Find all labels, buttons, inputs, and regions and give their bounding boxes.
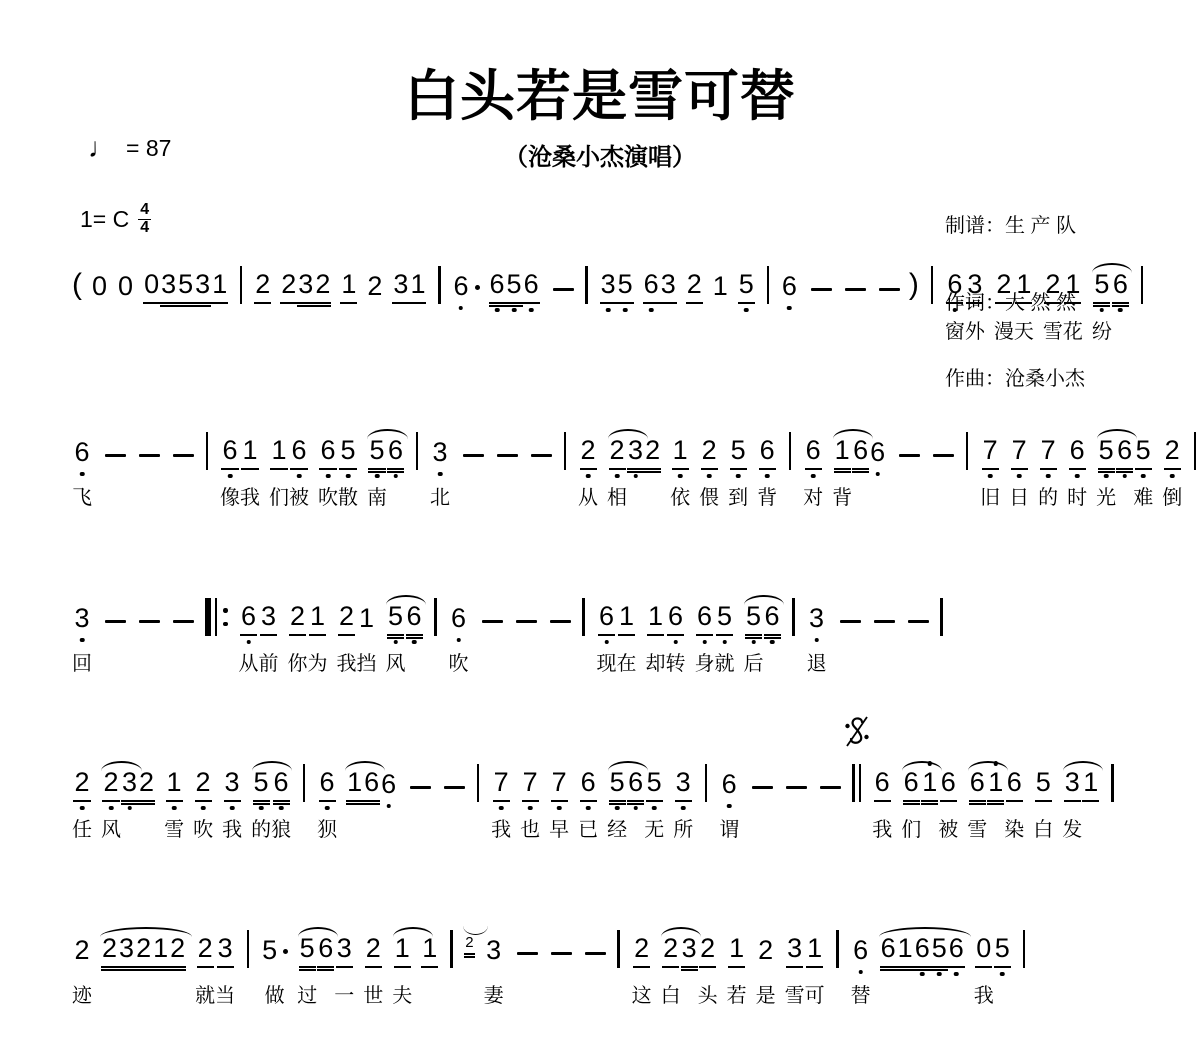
- lyric: [1000, 983, 1004, 1010]
- lyric: 我: [240, 485, 260, 512]
- lyric: [145, 817, 149, 844]
- note-token: 5做: [261, 928, 288, 1010]
- octave-dot-below: [456, 638, 461, 643]
- key-prefix: 1= C: [80, 206, 129, 233]
- octave-dot-below: [375, 474, 380, 479]
- octave-dot-below: [615, 806, 620, 811]
- song-title: 白头若是雪可替: [0, 0, 1200, 131]
- note-token: 3: [194, 264, 211, 346]
- duration-dash: [516, 596, 537, 678]
- duration-dash: [908, 596, 929, 678]
- lyric: [75, 319, 79, 346]
- duration-dash: [482, 596, 503, 678]
- lyric: [770, 651, 774, 678]
- lyric: [792, 651, 796, 678]
- lyric: 从: [239, 651, 259, 678]
- lyric: [148, 485, 152, 512]
- note-token: 1: [897, 928, 914, 1010]
- note-token: 2: [366, 264, 383, 346]
- octave-dot-below: [1100, 308, 1105, 313]
- lyric: [855, 817, 859, 844]
- note-token: 5风: [386, 596, 406, 678]
- octave-dot-below: [744, 308, 749, 313]
- octave-dot-below: [875, 472, 880, 477]
- octave-dot-below: [615, 474, 620, 479]
- grace-note: 2: [464, 928, 474, 1010]
- system-row: 2任2风321雪2吹3我5的6狼6狈1667我7也7早6已5经65无3所6谓6我…: [72, 762, 1200, 846]
- note-token: 3: [118, 928, 135, 1010]
- lyric: 旧: [980, 485, 1000, 512]
- note-token: 7早: [549, 762, 569, 844]
- lyric: 像: [220, 485, 240, 512]
- note-token: 1: [1082, 762, 1099, 844]
- lyric: [558, 651, 562, 678]
- lyric: [1193, 485, 1197, 512]
- octave-dot-below: [1141, 474, 1146, 479]
- lyric: 吹: [318, 485, 338, 512]
- note-token: 5就: [715, 596, 735, 678]
- lyric: 是: [756, 983, 776, 1010]
- lyric: [182, 485, 186, 512]
- lyric: [561, 319, 565, 346]
- note-token: 1雪: [164, 762, 184, 844]
- note-token: 7的: [1038, 430, 1058, 512]
- lyric: 替: [851, 983, 871, 1010]
- lyric: [540, 485, 544, 512]
- lyric: 后: [744, 651, 764, 678]
- lyric: 可: [805, 983, 825, 1010]
- note-token: 5经: [607, 762, 627, 844]
- segno-icon: [844, 715, 870, 754]
- octave-dot-below: [606, 308, 611, 313]
- lyric: [472, 485, 476, 512]
- octave-dot-below: [386, 804, 391, 809]
- lyric: 相: [607, 485, 627, 512]
- double-barline: [852, 762, 861, 844]
- note-token: 6: [948, 928, 965, 1010]
- octave-dot-below: [279, 806, 284, 811]
- note-token: 5后: [744, 596, 764, 678]
- lyric: [836, 983, 840, 1010]
- barline: [246, 928, 250, 1010]
- lyric: [954, 983, 958, 1010]
- system-row: 2迹232122就3当5做5过63一2世1夫123妻2这2白32头1若2是3雪1…: [72, 928, 1200, 1012]
- note-token: 6狈: [317, 762, 337, 844]
- duration-dash: [105, 596, 126, 678]
- lyric: 我: [491, 817, 511, 844]
- octave-dot-below: [325, 806, 330, 811]
- octave-dot-below: [459, 306, 464, 311]
- note-token: 5光: [1096, 430, 1116, 512]
- lyric: [246, 983, 250, 1010]
- lyric: 从: [578, 485, 598, 512]
- lyric: [617, 983, 621, 1010]
- lyric: [582, 651, 586, 678]
- note-token: 6被: [289, 430, 309, 512]
- lyric: [495, 319, 499, 346]
- note-token: 1我: [240, 430, 260, 512]
- lyric: [744, 319, 748, 346]
- note-token: 6: [523, 264, 540, 346]
- octave-dot-below: [438, 472, 443, 477]
- lyric: 挡: [357, 651, 377, 678]
- note-token: 5到: [728, 430, 748, 512]
- lyric: [634, 817, 638, 844]
- note-token: 3发: [1062, 762, 1082, 844]
- note-token: 6: [764, 596, 781, 678]
- lyric: [965, 485, 969, 512]
- lyric: 为: [308, 651, 328, 678]
- lyric: [524, 651, 528, 678]
- note-token: 2: [138, 762, 155, 844]
- note-token: 1挡: [357, 596, 377, 678]
- time-signature: 4 4: [138, 202, 151, 237]
- barline: [940, 596, 944, 678]
- octave-dot-below: [80, 638, 85, 643]
- note-token: 1们: [269, 430, 289, 512]
- note-token: 5白: [1033, 762, 1053, 844]
- lyric: [184, 319, 188, 346]
- octave-dot-below: [920, 972, 925, 977]
- lyric: 就: [195, 983, 215, 1010]
- lyric: 狈: [317, 817, 337, 844]
- lyric: 风: [386, 651, 406, 678]
- lyric: [98, 319, 102, 346]
- lyric: [916, 651, 920, 678]
- note-token: 2: [686, 264, 703, 346]
- note-token: 2倒: [1162, 430, 1182, 512]
- lyric: 对: [803, 485, 823, 512]
- augmentation-dot: [283, 949, 288, 954]
- note-token: 2: [101, 928, 118, 1010]
- barline: [930, 264, 934, 346]
- octave-dot-below: [80, 806, 85, 811]
- lyric: [1022, 983, 1026, 1010]
- lyric: 散: [338, 485, 358, 512]
- lyric: [930, 319, 934, 346]
- octave-dot-below: [499, 806, 504, 811]
- note-token: 5: [931, 928, 948, 1010]
- lyric: [415, 485, 419, 512]
- octave-dot-below: [393, 474, 398, 479]
- note-token: 6: [380, 762, 397, 844]
- octave-dot-below: [814, 638, 819, 643]
- lyric: 你: [288, 651, 308, 678]
- lyric: [942, 485, 946, 512]
- note-token: 6对: [803, 430, 823, 512]
- open-paren: (: [72, 264, 82, 346]
- note-token: 1背: [832, 430, 852, 512]
- note-token: 1: [152, 928, 169, 1010]
- lyric: [887, 319, 891, 346]
- lyric: 在: [617, 651, 637, 678]
- lyric: [994, 817, 998, 844]
- lyric: [419, 817, 423, 844]
- octave-dot-below: [512, 308, 517, 313]
- octave-dot-below: [529, 308, 534, 313]
- note-token: 1可: [805, 928, 825, 1010]
- note-token: 6已: [578, 762, 598, 844]
- note-token: 2: [644, 430, 661, 512]
- octave-dot-below: [633, 806, 638, 811]
- duration-dash: [845, 264, 866, 346]
- octave-dot-below: [172, 806, 177, 811]
- note-token: 3当: [215, 928, 235, 1010]
- lyric: [920, 983, 924, 1010]
- note-token: 6从: [239, 596, 259, 678]
- note-token: 3北: [430, 430, 450, 512]
- note-token: 1夫: [392, 928, 412, 1010]
- octave-dot-below: [1075, 474, 1080, 479]
- lyric: 光: [1096, 485, 1116, 512]
- octave-dot-below: [80, 472, 85, 477]
- note-token: 3退: [807, 596, 827, 678]
- note-token: 2: [314, 264, 331, 346]
- lyric: [453, 817, 457, 844]
- note-token: 6: [852, 430, 869, 512]
- duration-dash: [517, 928, 538, 1010]
- lyric: 雪: [967, 817, 987, 844]
- sheet-page: 白头若是雪可替 （沧桑小杰演唱） ♩ = 87 1= C 4 4 制谱：生 产 …: [0, 0, 1200, 1062]
- note-token: 5: [738, 264, 755, 346]
- note-token: 3前: [259, 596, 279, 678]
- lyric: [563, 485, 567, 512]
- lyric: 经: [607, 817, 627, 844]
- octave-dot-below: [557, 806, 562, 811]
- lyric: [886, 983, 890, 1010]
- note-token: 3: [392, 264, 409, 346]
- note-token: 5: [994, 928, 1011, 1010]
- lyric: 白: [1033, 817, 1053, 844]
- lyric: [766, 319, 770, 346]
- note-token: 0: [117, 264, 134, 346]
- duration-dash: [410, 762, 431, 844]
- lyric: 飞: [72, 485, 92, 512]
- lyric: [718, 319, 722, 346]
- lyric: 到: [728, 485, 748, 512]
- note-token: 5散: [338, 430, 358, 512]
- note-token: 3所: [673, 762, 693, 844]
- lyric: 回: [72, 651, 92, 678]
- note-token: 3: [121, 762, 138, 844]
- lyric: [182, 651, 186, 678]
- lyric: [114, 651, 118, 678]
- note-token: 6染: [1004, 762, 1024, 844]
- octave-dot-below: [988, 474, 993, 479]
- note-token: 1: [987, 762, 1004, 844]
- barline: [239, 264, 243, 346]
- note-token: 1: [211, 264, 228, 346]
- lyric: [506, 485, 510, 512]
- octave-dot-below: [787, 306, 792, 311]
- lyric: 做: [265, 983, 285, 1010]
- octave-dot-below: [109, 806, 114, 811]
- note-token: 1却: [646, 596, 666, 678]
- lyric: 世: [363, 983, 383, 1010]
- augmentation-dot: [475, 285, 480, 290]
- note-token: 7旧: [980, 430, 1000, 512]
- duration-dash: [444, 762, 465, 844]
- duration-dash: [786, 762, 807, 844]
- note-token: 5过: [297, 928, 317, 1010]
- barline: [205, 430, 209, 512]
- note-token: 6: [914, 928, 931, 1010]
- note-token: 3: [600, 264, 617, 346]
- note-token: 6现: [597, 596, 617, 678]
- duration-dash: [874, 596, 895, 678]
- note-token: 6: [406, 596, 423, 678]
- lyric: 日: [1009, 485, 1029, 512]
- lyric: [449, 983, 453, 1010]
- octave-dot-below: [326, 474, 331, 479]
- note-token: 5南: [367, 430, 387, 512]
- note-token: 6: [363, 762, 380, 844]
- note-token: 2吹: [193, 762, 213, 844]
- lyric: [593, 983, 597, 1010]
- lyric: 夫: [392, 983, 412, 1010]
- barline: [582, 596, 586, 678]
- lyric: 被: [938, 817, 958, 844]
- lyric: [687, 983, 691, 1010]
- lyric: 退: [807, 651, 827, 678]
- octave-dot-below: [727, 804, 732, 809]
- octave-dot-below: [633, 474, 638, 479]
- lyric: [1123, 485, 1127, 512]
- duration-dash: [820, 762, 841, 844]
- lyric: 就: [715, 651, 735, 678]
- octave-dot-below: [586, 806, 591, 811]
- octave-dot-below: [954, 972, 959, 977]
- note-token: 6转: [666, 596, 686, 678]
- octave-dot-below: [1104, 474, 1109, 479]
- note-token: 6身: [695, 596, 715, 678]
- lyric: [848, 651, 852, 678]
- lyric: 偎: [699, 485, 719, 512]
- note-token: 3一: [334, 928, 354, 1010]
- octave-dot-below: [678, 474, 683, 479]
- lyric: 时: [1067, 485, 1087, 512]
- octave-dot-below: [1000, 972, 1005, 977]
- note-token: 6谓: [719, 762, 739, 844]
- duration-dash: [531, 430, 552, 512]
- barline: [788, 430, 792, 512]
- barline: [415, 430, 419, 512]
- lyric: [304, 319, 308, 346]
- note-token: 2从: [578, 430, 598, 512]
- note-token: 2就: [195, 928, 215, 1010]
- note-token: 3妻: [484, 928, 504, 1010]
- lyric: [1110, 817, 1114, 844]
- lyric: 风: [101, 817, 121, 844]
- note-token: 1: [409, 264, 426, 346]
- duration-dash: [173, 596, 194, 678]
- lyric: [787, 319, 791, 346]
- lyric: [476, 817, 480, 844]
- note-token: 5纷: [1092, 264, 1112, 346]
- octave-dot-below: [246, 640, 251, 645]
- lyric: [437, 319, 441, 346]
- note-token: 2: [280, 264, 297, 346]
- lyric: [353, 817, 357, 844]
- lyric: 雪: [164, 817, 184, 844]
- lyric: [287, 319, 291, 346]
- note-token: 2这: [632, 928, 652, 1010]
- lyric: 当: [215, 983, 235, 1010]
- lyric: 的: [1038, 485, 1058, 512]
- duration-dash: [933, 430, 954, 512]
- lyric: 现: [597, 651, 617, 678]
- note-token: 6: [489, 264, 506, 346]
- note-token: 3雪: [785, 928, 805, 1010]
- credit-composer: 作曲：沧桑小杰: [945, 367, 1085, 393]
- lyric: [937, 983, 941, 1010]
- duration-dash: [551, 928, 572, 1010]
- note-token: 3: [660, 264, 677, 346]
- lyric: 却: [646, 651, 666, 678]
- lyric: [261, 319, 265, 346]
- note-token: 7也: [520, 762, 540, 844]
- lyric: 转: [666, 651, 686, 678]
- duration-dash: [879, 264, 900, 346]
- lyric: 吹: [449, 651, 469, 678]
- note-token: 6狼: [271, 762, 291, 844]
- tempo-marking: ♩ = 87: [88, 134, 171, 162]
- note-token: 7日: [1009, 430, 1029, 512]
- duration-dash: [752, 762, 773, 844]
- octave-dot-below: [953, 308, 958, 313]
- lyric: 若: [727, 983, 747, 1010]
- lyric: [218, 319, 222, 346]
- lyric: 妻: [484, 983, 504, 1010]
- lyric: [148, 651, 152, 678]
- lyric: [387, 817, 391, 844]
- lyric: [666, 319, 670, 346]
- lyric: [908, 485, 912, 512]
- octave-dot-below: [1122, 474, 1127, 479]
- octave-dot-below: [681, 806, 686, 811]
- lyric: [1140, 319, 1144, 346]
- duration-dash: [105, 430, 126, 512]
- note-token: 3我: [222, 762, 242, 844]
- meter-numerator: 4: [138, 202, 151, 220]
- note-token: 2迹: [72, 928, 92, 1010]
- note-token: 0: [91, 264, 108, 346]
- octave-dot-below: [736, 474, 741, 479]
- barline: [437, 264, 441, 346]
- barline: [1140, 264, 1144, 346]
- quarter-note-icon: ♩: [88, 134, 116, 162]
- octave-dot-above: [993, 761, 998, 766]
- duration-dash: [139, 596, 160, 678]
- key-signature: 1= C 4 4: [80, 202, 151, 237]
- lyric: [882, 651, 886, 678]
- lyric: [150, 319, 154, 346]
- note-token: 1为: [308, 596, 328, 678]
- lyric: [394, 485, 398, 512]
- barline: [766, 264, 770, 346]
- duration-dash: [173, 430, 194, 512]
- lyric: [649, 319, 653, 346]
- lyric: [302, 817, 306, 844]
- note-token: 1: [921, 762, 938, 844]
- note-token: 6吹: [449, 596, 469, 678]
- repeat-start-barline: [205, 596, 228, 678]
- lyric: 依: [670, 485, 690, 512]
- octave-dot-below: [228, 474, 233, 479]
- lyric: [124, 319, 128, 346]
- octave-dot-below: [1118, 308, 1123, 313]
- lyric: [903, 983, 907, 1010]
